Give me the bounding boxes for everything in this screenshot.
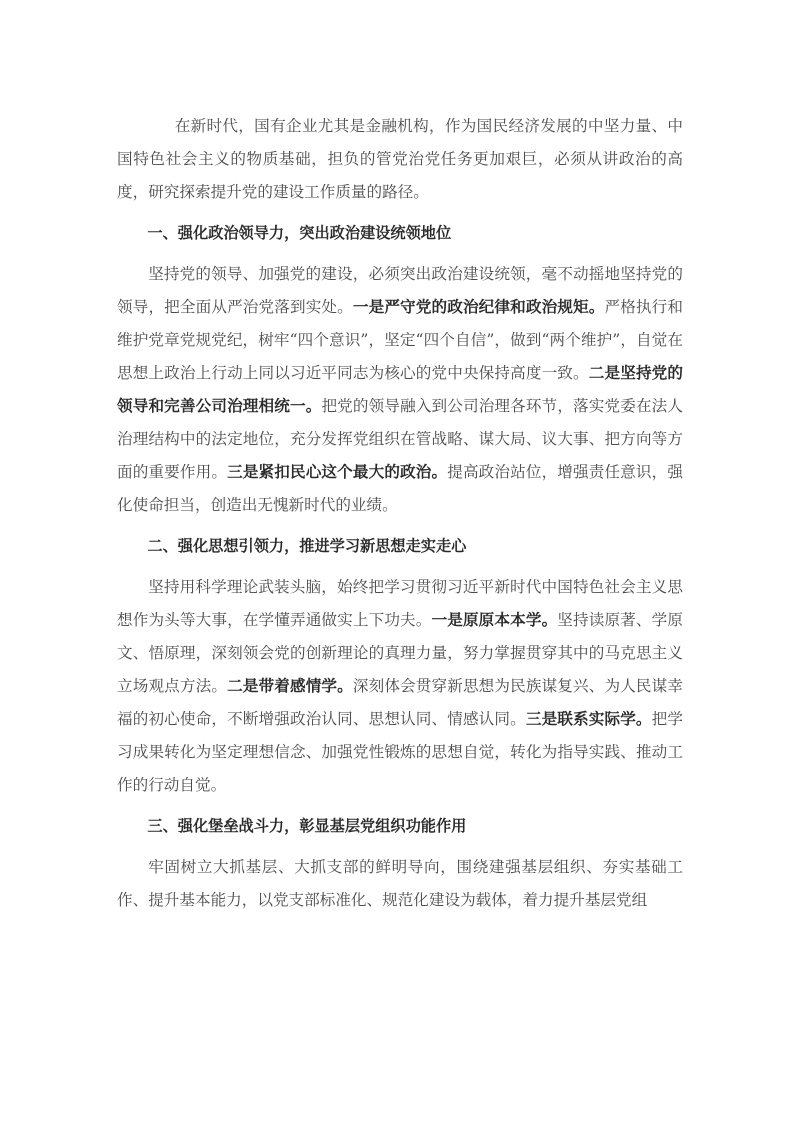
section-3-paragraph: 牢固树立大抓基层、大抓支部的鲜明导向，围绕建强基层组织、夯实基础工作、提升基本能…: [117, 851, 683, 917]
section-1-heading: 一、强化政治领导力，突出政治建设统领地位: [117, 217, 683, 250]
section-1-point-3: 三是紧扣民心这个最大的政治。: [227, 463, 447, 481]
section-3-heading: 三、强化堡垒战斗力，彰显基层党组织功能作用: [117, 810, 683, 843]
section-1-paragraph: 坚持党的领导、加强党的建设，必须突出政治建设统领，毫不动摇地坚持党的领导，把全面…: [117, 258, 683, 522]
section-2-point-3: 三是联系实际学。: [526, 710, 652, 728]
section-2-point-1: 一是原原本本学。: [432, 611, 558, 629]
section-2-paragraph: 坚持用科学理论武装头脑，始终把学习贯彻习近平新时代中国特色社会主义思想作为头等大…: [117, 571, 683, 802]
intro-paragraph: 在新时代，国有企业尤其是金融机构，作为国民经济发展的中坚力量、中国特色社会主义的…: [117, 110, 683, 209]
document-page: 在新时代，国有企业尤其是金融机构，作为国民经济发展的中坚力量、中国特色社会主义的…: [117, 110, 683, 925]
section-2-heading: 二、强化思想引领力，推进学习新思想走实走心: [117, 530, 683, 563]
section-2-point-2: 二是带着感情学。: [227, 677, 353, 695]
section-1-point-1: 一是严守党的政治纪律和政治规矩。: [353, 298, 605, 316]
